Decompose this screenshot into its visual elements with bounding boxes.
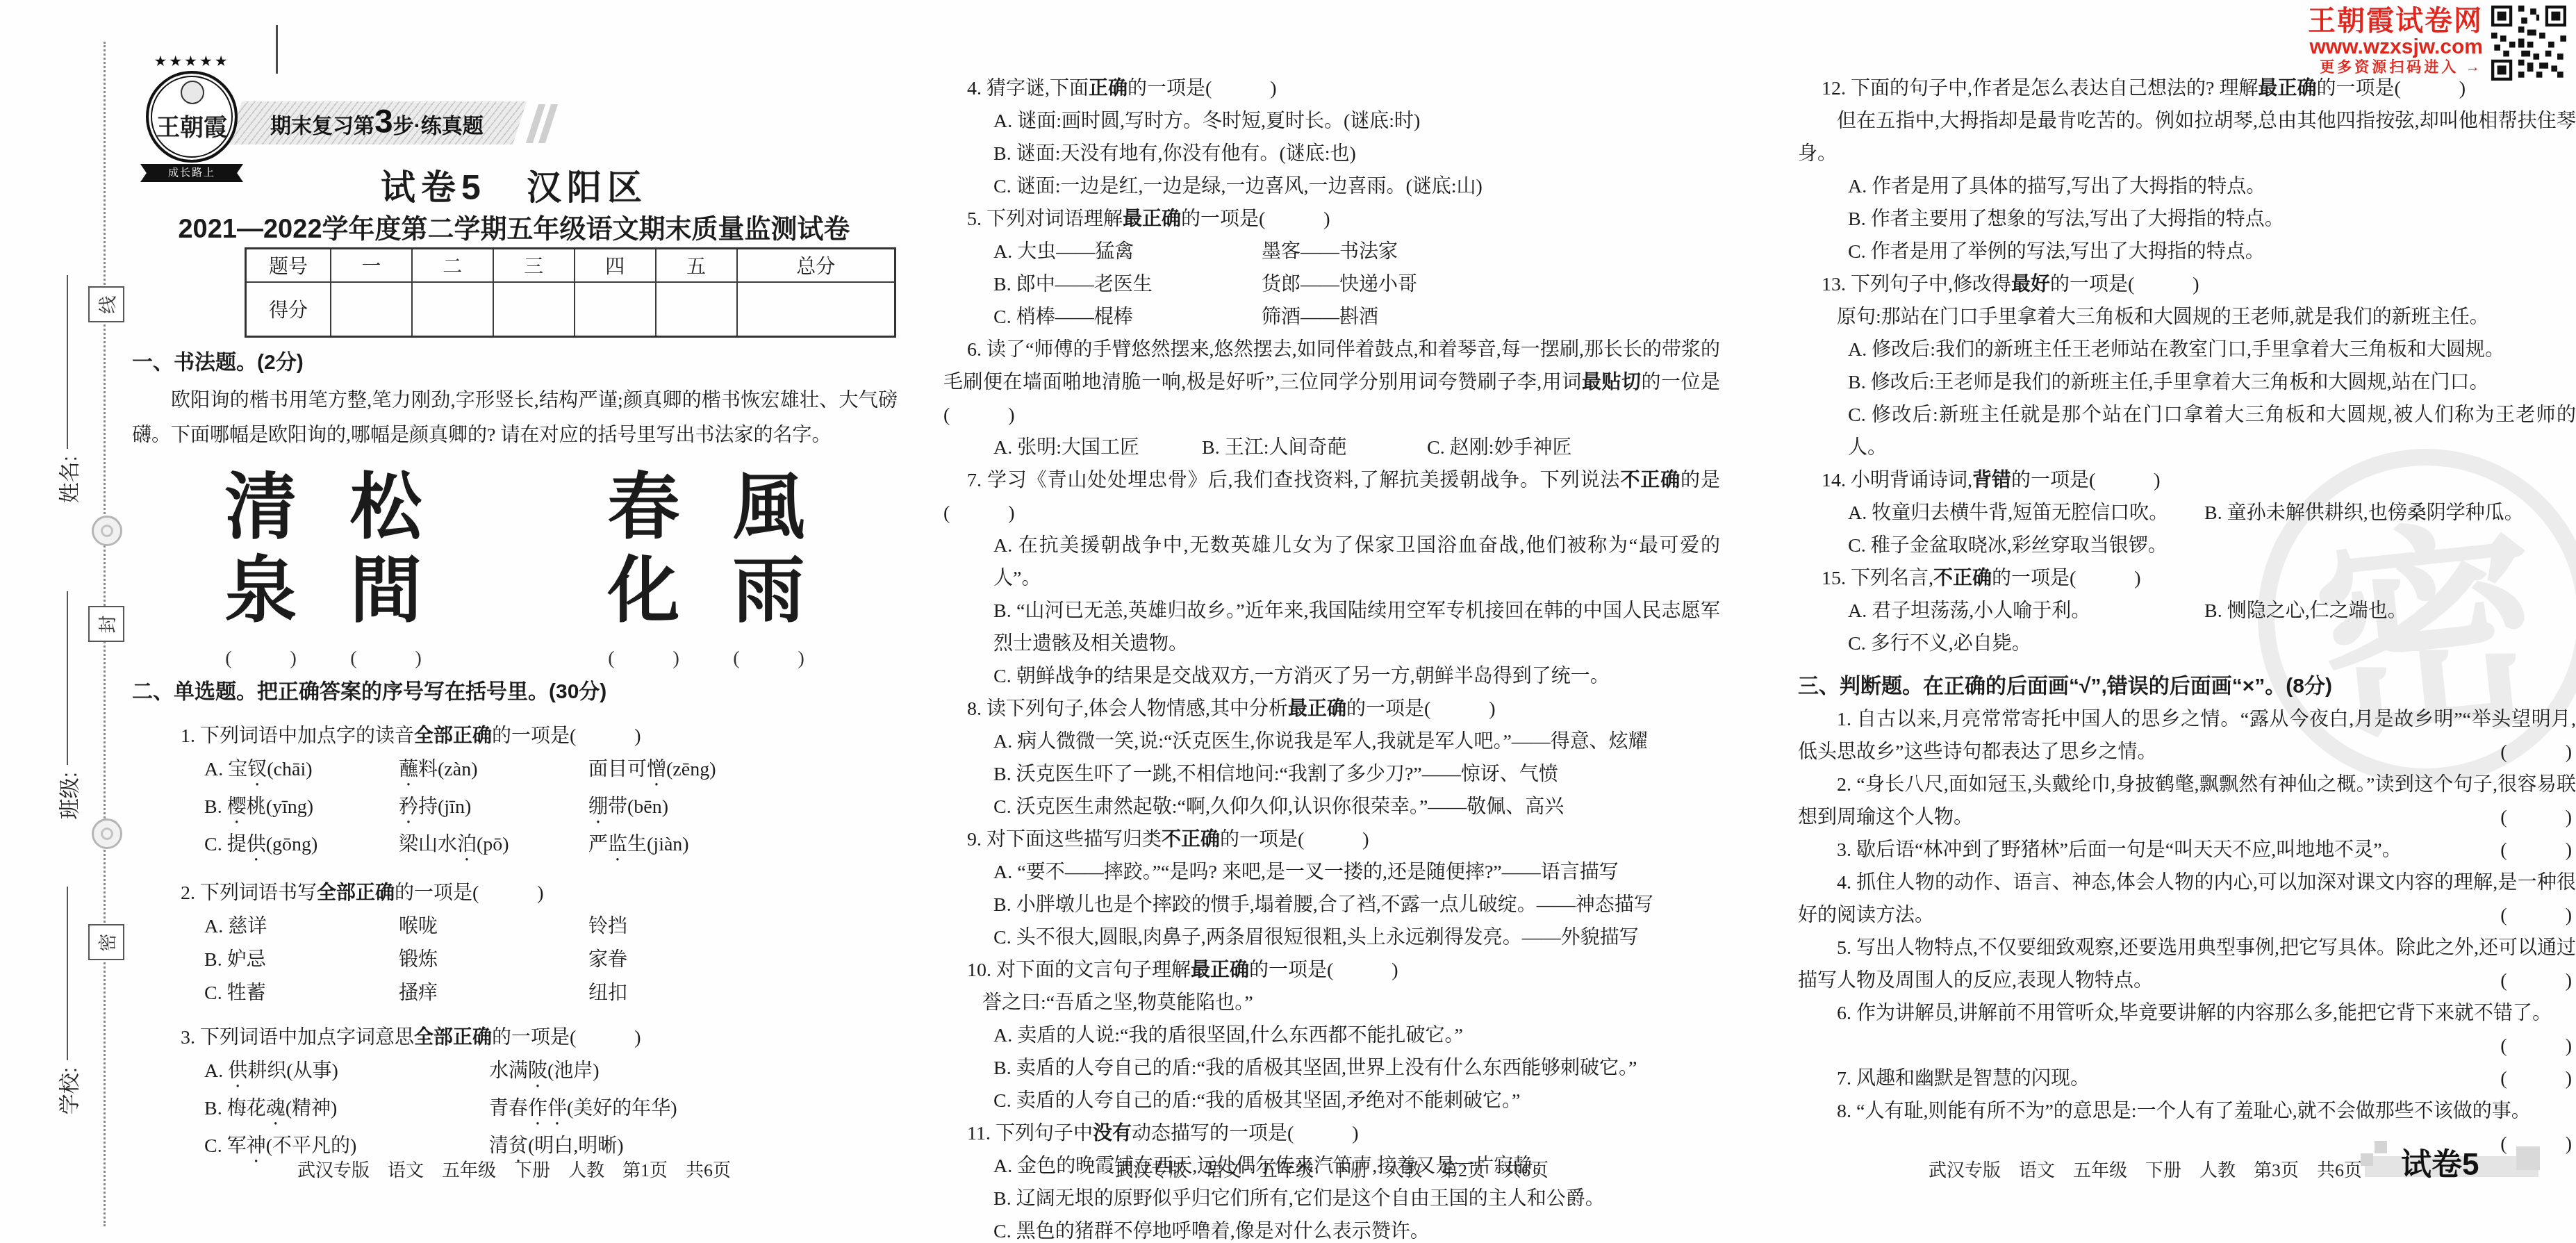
- question-9: 9. 对下面这些描写归类不正确的一项是( )A. “要不——摔跤。”“是吗? 来…: [943, 823, 1720, 954]
- option: 面目可憎(zēng): [588, 753, 898, 791]
- option: 墨客——书法家: [1262, 236, 1720, 268]
- answer-blank: ( ): [2500, 964, 2572, 997]
- school-field: 学校:: [51, 851, 84, 1150]
- badge-ribbon: 成长路上: [140, 164, 243, 182]
- score-cell-empty: [493, 282, 575, 337]
- page-subtitle: 2021—2022学年度第二学期五年级语文期末质量监测试卷: [111, 207, 917, 245]
- scan-hint: 更多资源扫码进入 →: [2308, 58, 2483, 76]
- publisher-site-block: 王朝霞试卷网 www.wzxsjw.com 更多资源扫码进入 →: [2308, 6, 2566, 81]
- question-10: 10. 对下面的文言句子理解最正确的一项是( )誉之曰:“吾盾之坚,物莫能陷也。…: [943, 954, 1720, 1117]
- publisher-badge-logo: ★★★★★ 王朝霞 成长路上: [146, 63, 238, 208]
- question-stem: 3. 下列词语中加点字词意思全部正确的一项是( ): [132, 1021, 898, 1055]
- page-footer-2: 武汉专版 语文 五年级 下册 人教 第2页 共6页: [943, 1156, 1720, 1182]
- option: B. 樱桃(yīng): [204, 791, 399, 828]
- option-row: C. 沃克医生肃然起敬:“啊,久仰久仰,认识你很荣幸。”——敬佩、高兴: [943, 791, 1720, 823]
- questions-12-15: 12. 下面的句子中,作者是怎么表达自己想法的? 理解最正确的一项是( )但在五…: [1798, 72, 2576, 660]
- exam-paper-page: 密 线 封 密 姓名: 班级: 学校: ★★★★★ 王朝霞 成长路上 期末复习第…: [0, 0, 2576, 1243]
- judgement-item-8: 8. “人有耻,则能有所不为”的意思是:一个人有了羞耻心,就不会做那些不该做的事…: [1798, 1095, 2576, 1128]
- option-row: C. 谜面:一边是红,一边是绿,一边喜风,一边喜雨。(谜底:山): [943, 170, 1720, 203]
- option-row: C. 作者是用了举例的写法,写出了大拇指的特点。: [1798, 236, 2576, 268]
- review-step-banner-text: 期末复习第3步·练真题: [234, 101, 519, 147]
- school-field-blank: [67, 887, 68, 1060]
- option-row: A. 君子坦荡荡,小人喻于利。B. 恻隐之心,仁之端也。: [1798, 595, 2576, 627]
- calligraphy-char: 泉: [224, 550, 297, 634]
- review-step-banner: 期末复习第3步·练真题: [228, 101, 527, 145]
- option: A. 慈详: [204, 910, 399, 944]
- option-row: C. 卖盾的人夸自己的盾:“我的盾极其坚固,矛绝对不能刺破它。”: [943, 1085, 1720, 1117]
- option-row: B. 修改后:王老师是我们的新班主任,手里拿着大三角板和大圆规,站在门口。: [1798, 366, 2576, 399]
- option: A. 谜面:画时圆,写时方。冬时短,夏时长。(谜底:时): [993, 110, 1420, 132]
- answer-blank: ( ): [2500, 1030, 2572, 1062]
- judgement-item-2: 2. “身长八尺,面如冠玉,头戴纶巾,身披鹤氅,飘飘然有神仙之概。”读到这个句子…: [1798, 768, 2576, 834]
- option: B. 作者主要用了想象的写法,写出了大拇指的特点。: [1848, 208, 2284, 230]
- option: B. 童孙未解供耕织,也傍桑阴学种瓜。: [2204, 497, 2576, 529]
- option-row: B. 沃克医生吓了一跳,不相信地问:“我割了多少刀?”——惊讶、气愤: [943, 758, 1720, 791]
- question-stem: 11. 下列句子中没有动态描写的一项是( ): [943, 1117, 1720, 1150]
- answer-blank: ( ): [2500, 801, 2572, 834]
- option: C. 头不很大,圆眼,肉鼻子,两条眉很短很粗,头上永远剃得发亮。——外貌描写: [993, 927, 1639, 948]
- option-row: A. 卖盾的人说:“我的盾很坚固,什么东西都不能扎破它。”: [943, 1019, 1720, 1052]
- seal-ornament-icon: [92, 818, 122, 849]
- option: B. 辽阔无垠的原野似乎归它们所有,它们是这个自由王国的主人和公爵。: [993, 1188, 1605, 1210]
- option: 严监生(jiàn): [588, 828, 898, 866]
- question-passage: 原句:那站在门口手里拿着大三角板和大圆规的王老师,就是我们的新班主任。: [1798, 301, 2576, 334]
- page-title: 试卷5 汉阳区: [132, 160, 896, 210]
- score-header-cell: 三: [493, 249, 575, 283]
- calligraphy-char: 春: [607, 467, 679, 550]
- question-12: 12. 下面的句子中,作者是怎么表达自己想法的? 理解最正确的一项是( )但在五…: [1798, 72, 2576, 268]
- option-row: B. 小胖墩儿也是个摔跤的惯手,塌着腰,合了裆,不露一点儿破绽。——神态描写: [943, 889, 1720, 921]
- option: 梁山水泊(pō): [399, 828, 588, 866]
- question-stem: 6. 读了“师傅的手臂悠然摆来,悠然摆去,如同伴着鼓点,和着琴音,每一摆刷,那长…: [943, 334, 1720, 431]
- option-row: C. 提供(gōng)梁山水泊(pō)严监生(jiàn): [132, 828, 898, 866]
- section-1-title: 一、书法题。(2分): [132, 346, 898, 379]
- option: B. 沃克医生吓了一跳,不相信地问:“我割了多少刀?”——惊讶、气愤: [993, 764, 1558, 785]
- name-field-label: 姓名:: [52, 456, 83, 503]
- publisher-site-text: 王朝霞试卷网 www.wzxsjw.com 更多资源扫码进入 →: [2308, 6, 2483, 76]
- name-field-blank: [67, 275, 68, 449]
- option-row: C. 梢棒——棍棒筛酒——斟酒: [943, 301, 1720, 334]
- option: B. 恻隐之心,仁之端也。: [2204, 595, 2576, 627]
- option: 绷带(bēn): [588, 791, 898, 828]
- question-passage: 誉之曰:“吾盾之坚,物莫能陷也。”: [943, 987, 1720, 1019]
- option: A. 大虫——猛禽: [993, 236, 1262, 268]
- option: A. 作者是用了具体的描写,写出了大拇指的特点。: [1848, 176, 2265, 197]
- option: A. 卖盾的人说:“我的盾很坚固,什么东西都不能扎破它。”: [993, 1025, 1463, 1046]
- page-footer-1: 武汉专版 语文 五年级 下册 人教 第1页 共6页: [132, 1156, 896, 1182]
- site-url: www.wzxsjw.com: [2308, 36, 2483, 58]
- option-row: B. 妒忌锻炼家眷: [132, 944, 898, 977]
- seal-char: 线: [93, 295, 119, 313]
- option: B. “山河已无恙,英雄归故乡。”近年来,我国陆续用空军专机接回在韩的中国人民志…: [993, 600, 1720, 655]
- score-header-cell: 五: [656, 249, 737, 283]
- question-7: 7. 学习《青山处处埋忠骨》后,我们查找资料,了解抗美援朝战争。下列说法不正确的…: [943, 464, 1720, 693]
- option: B. 王江:人间奇葩: [1202, 431, 1427, 464]
- answer-blank: ( ): [2500, 834, 2572, 866]
- option-row: C. 头不很大,圆眼,肉鼻子,两条眉很短很粗,头上永远剃得发亮。——外貌描写: [943, 921, 1720, 954]
- option-row: C. 黑色的猪群不停地呼噜着,像是对什么表示赞许。: [943, 1215, 1720, 1243]
- tab-square-decor: [2516, 1146, 2540, 1170]
- banner-suffix: 步·练真题: [393, 115, 484, 138]
- score-header-cell: 四: [575, 249, 656, 283]
- option: 蘸料(zàn): [399, 753, 588, 791]
- seal-ornament-icon: [92, 516, 122, 546]
- calligraphy-char: 風: [732, 467, 804, 550]
- question-stem: 13. 下列句子中,修改得最好的一项是( ): [1798, 268, 2576, 301]
- question-stem: 4. 猜字谜,下面正确的一项是( ): [943, 72, 1720, 105]
- badge-portrait-icon: [181, 81, 204, 104]
- score-cell-empty: [331, 282, 412, 337]
- question-13: 13. 下列句子中,修改得最好的一项是( )原句:那站在门口手里拿着大三角板和大…: [1798, 268, 2576, 464]
- score-cell-empty: [737, 282, 895, 337]
- qr-code-icon: [2491, 6, 2566, 81]
- score-cell-empty: [412, 282, 493, 337]
- calligraphy-chars: 清 松 泉 間: [199, 467, 449, 634]
- question-stem: 7. 学习《青山处处埋忠骨》后,我们查找资料,了解抗美援朝战争。下列说法不正确的…: [943, 464, 1720, 529]
- score-cell-empty: [656, 282, 737, 337]
- question-stem: 1. 下列词语中加点字的读音全部正确的一项是( ): [132, 720, 898, 753]
- option: C. 牲蓄: [204, 977, 399, 1010]
- option: 家眷: [588, 944, 898, 977]
- questions-4-11: 4. 猜字谜,下面正确的一项是( )A. 谜面:画时圆,写时方。冬时短,夏时长。…: [943, 72, 1720, 1243]
- seal-char-box: 封: [88, 606, 124, 642]
- section-3-title: 三、判断题。在正确的后面画“√”,错误的后面画“×”。(8分): [1798, 670, 2576, 703]
- option: C. 朝鲜战争的结果是交战双方,一方消灭了另一方,朝鲜半岛得到了统一。: [993, 666, 1610, 687]
- option-row: A. 宝钗(chāi)蘸料(zàn)面目可憎(zēng): [132, 753, 898, 791]
- question-14: 14. 小明背诵诗词,背错的一项是( )A. 牧童归去横牛背,短笛无腔信口吹。B…: [1798, 464, 2576, 562]
- option: 货郎——快递小哥: [1262, 268, 1720, 301]
- answer-blank: ( ): [2500, 736, 2572, 768]
- option-row: A. 修改后:我们的新班主任王老师站在教室门口,手里拿着大三角板和大圆规。: [1798, 334, 2576, 366]
- question-5: 5. 下列对词语理解最正确的一项是( )A. 大虫——猛禽墨客——书法家B. 郎…: [943, 203, 1720, 334]
- option: 喉咙: [399, 910, 588, 944]
- calligraphy-char: 雨: [732, 550, 804, 634]
- judgement-item-3: 3. 歇后语“林冲到了野猪林”后面一句是“叫天天不应,叫地地不灵”。( ): [1798, 834, 2576, 866]
- paper-number-label: 试卷5: [2401, 1139, 2479, 1184]
- answer-blank: ( ): [733, 642, 804, 675]
- answer-brackets: ( ) ( ): [199, 642, 449, 675]
- score-table-header-row: 题号 一 二 三 四 五 总分: [246, 249, 895, 283]
- tab-square-decor: [2375, 1141, 2387, 1153]
- question-stem: 9. 对下面这些描写归类不正确的一项是( ): [943, 823, 1720, 856]
- question-8: 8. 读下列句子,体会人物情感,其中分析最正确的一项是( )A. 病人微微一笑,…: [943, 693, 1720, 823]
- question-3: 3. 下列词语中加点字词意思全部正确的一项是( )A. 供耕织(从事)水满陂(池…: [132, 1021, 898, 1167]
- judgement-item-5: 5. 写出人物特点,不仅要细致观察,还要选用典型事例,把它写具体。除此之外,还可…: [1798, 932, 2576, 997]
- column-1: 一、书法题。(2分) 欧阳询的楷书用笔方整,笔力刚劲,字形竖长,结构严谨;颜真卿…: [132, 346, 898, 1167]
- option: C. 黑色的猪群不停地呼噜着,像是对什么表示赞许。: [993, 1221, 1430, 1242]
- calligraphy-char: 化: [607, 550, 679, 634]
- option-row: B. 辽阔无垠的原野似乎归它们所有,它们是这个自由王国的主人和公爵。: [943, 1183, 1720, 1215]
- seal-char: 密: [93, 933, 119, 951]
- option: A. 病人微微一笑,说:“沃克医生,你说我是军人,我就是军人吧。”——得意、炫耀: [993, 731, 1648, 752]
- calligraphy-group-1: 清 松 泉 間 ( ) ( ): [199, 467, 449, 675]
- option-row: C. 牲蓄搔痒纽扣: [132, 977, 898, 1010]
- question-stem: 15. 下列名言,不正确的一项是( ): [1798, 562, 2576, 595]
- option: C. 沃克医生肃然起敬:“啊,久仰久仰,认识你很荣幸。”——敬佩、高兴: [993, 796, 1564, 818]
- judgement-items: 1. 自古以来,月亮常常寄托中国人的思乡之情。“露从今夜白,月是故乡明”“举头望…: [1798, 703, 2576, 1128]
- school-field-label: 学校:: [52, 1067, 83, 1114]
- answer-blank: ( ): [608, 642, 679, 675]
- option-row: A. 供耕织(从事)水满陂(池岸): [132, 1055, 898, 1092]
- calligraphy-char: 清: [224, 467, 297, 550]
- question-6: 6. 读了“师傅的手臂悠然摆来,悠然摆去,如同伴着鼓点,和着琴音,每一摆刷,那长…: [943, 334, 1720, 464]
- score-header-cell: 一: [331, 249, 412, 283]
- class-field-label: 班级:: [52, 772, 83, 819]
- calligraphy-chars: 春 風 化 雨: [581, 467, 832, 634]
- option: B. 卖盾的人夸自己的盾:“我的盾极其坚固,世界上没有什么东西能够刺破它。”: [993, 1057, 1637, 1079]
- option-row: B. 梅花魂(精神)青春作伴(美好的年华): [132, 1092, 898, 1130]
- option-row: A. 慈详喉咙铃挡: [132, 910, 898, 944]
- option: C. 梢棒——棍棒: [993, 301, 1262, 334]
- option-row: A. 在抗美援朝战争中,无数英雄儿女为了保家卫国浴血奋战,他们被称为“最可爱的人…: [943, 529, 1720, 595]
- question-stem: 8. 读下列句子,体会人物情感,其中分析最正确的一项是( ): [943, 693, 1720, 725]
- option: B. 妒忌: [204, 944, 399, 977]
- score-row-label: 得分: [246, 282, 331, 337]
- score-header-cell: 二: [412, 249, 493, 283]
- question-2: 2. 下列词语书写全部正确的一项是( )A. 慈详喉咙铃挡B. 妒忌锻炼家眷C.…: [132, 877, 898, 1010]
- option-row: B. 作者主要用了想象的写法,写出了大拇指的特点。: [1798, 203, 2576, 236]
- option-row: B. 卖盾的人夸自己的盾:“我的盾极其坚固,世界上没有什么东西能够刺破它。”: [943, 1052, 1720, 1085]
- calligraphy-samples: 清 松 泉 間 ( ) ( ) 春 風 化 雨 (: [132, 467, 898, 675]
- option: C. 卖盾的人夸自己的盾:“我的盾极其坚固,矛绝对不能刺破它。”: [993, 1090, 1520, 1112]
- question-1: 1. 下列词语中加点字的读音全部正确的一项是( )A. 宝钗(chāi)蘸料(z…: [132, 720, 898, 866]
- option: C. 作者是用了举例的写法,写出了大拇指的特点。: [1848, 241, 2265, 263]
- option: B. 修改后:王老师是我们的新班主任,手里拿着大三角板和大圆规,站在门口。: [1848, 372, 2488, 393]
- class-field-blank: [67, 591, 68, 765]
- answer-blank: ( ): [2500, 1062, 2572, 1095]
- option-row: B. “山河已无恙,英雄归故乡。”近年来,我国陆续用空军专机接回在韩的中国人民志…: [943, 595, 1720, 660]
- option: 纽扣: [588, 977, 898, 1010]
- option: A. 在抗美援朝战争中,无数英雄儿女为了保家卫国浴血奋战,他们被称为“最可爱的人…: [993, 535, 1720, 589]
- column-3: 12. 下面的句子中,作者是怎么表达自己想法的? 理解最正确的一项是( )但在五…: [1798, 72, 2576, 1160]
- option: 锻炼: [399, 944, 588, 977]
- option: A. 牧童归去横牛背,短笛无腔信口吹。: [1848, 497, 2204, 529]
- option-row: B. 郎中——老医生货郎——快递小哥: [943, 268, 1720, 301]
- judgement-item-7: 7. 风趣和幽默是智慧的闪现。( ): [1798, 1062, 2576, 1095]
- option: A. 君子坦荡荡,小人喻于利。: [1848, 595, 2204, 627]
- option: C. 提供(gōng): [204, 828, 399, 866]
- option: A. 宝钗(chāi): [204, 753, 399, 791]
- answer-blank: ( ): [2500, 899, 2572, 932]
- option: B. 谜面:天没有地有,你没有他有。(谜底:也): [993, 143, 1356, 165]
- column-2: 4. 猜字谜,下面正确的一项是( )A. 谜面:画时圆,写时方。冬时短,夏时长。…: [943, 72, 1720, 1243]
- option-row: C. 朝鲜战争的结果是交战双方,一方消灭了另一方,朝鲜半岛得到了统一。: [943, 660, 1720, 693]
- question-stem: 2. 下列词语书写全部正确的一项是( ): [132, 877, 898, 910]
- option: C. 多行不义,必自毙。: [1848, 627, 2204, 660]
- tab-square-decor: [2361, 1153, 2373, 1166]
- calligraphy-group-2: 春 風 化 雨 ( ) ( ): [581, 467, 832, 675]
- option: A. 张明:大国工匠: [993, 431, 1202, 464]
- banner-step-number: 3: [374, 104, 393, 140]
- question-4: 4. 猜字谜,下面正确的一项是( )A. 谜面:画时圆,写时方。冬时短,夏时长。…: [943, 72, 1720, 203]
- badge-stars-icon: ★★★★★: [146, 53, 238, 70]
- option: 筛酒——斟酒: [1262, 301, 1720, 334]
- score-cell-empty: [575, 282, 656, 337]
- option: A. “要不——摔跤。”“是吗? 来吧,是一叉一搂的,还是随便摔?”——语言描写: [993, 862, 1619, 883]
- judgement-item-4: 4. 抓住人物的动作、语言、神态,体会人物的内心,可以加深对课文内容的理解,是一…: [1798, 866, 2576, 932]
- option: C. 稚子金盆取晓冰,彩丝穿取当银锣。: [1848, 529, 2204, 562]
- option-row: C. 多行不义,必自毙。: [1798, 627, 2576, 660]
- calligraphy-char: 間: [349, 550, 422, 634]
- question-15: 15. 下列名言,不正确的一项是( )A. 君子坦荡荡,小人喻于利。B. 恻隐之…: [1798, 562, 2576, 660]
- answer-brackets: ( ) ( ): [581, 642, 832, 675]
- option: C. 谜面:一边是红,一边是绿,一边喜风,一边喜雨。(谜底:山): [993, 176, 1483, 197]
- crop-mark: [276, 25, 278, 74]
- class-field: 班级:: [51, 556, 84, 855]
- calligraphy-char: 松: [349, 467, 422, 550]
- option: A. 修改后:我们的新班主任王老师站在教室门口,手里拿着大三角板和大圆规。: [1848, 339, 2504, 361]
- option-row: A. 病人微微一笑,说:“沃克医生,你说我是军人,我就是军人吧。”——得意、炫耀: [943, 725, 1720, 758]
- banner-prefix: 期末复习第: [270, 115, 374, 138]
- option: A. 供耕织(从事): [204, 1055, 489, 1092]
- paper-number-tab: 试卷5: [2361, 1138, 2543, 1180]
- option: C. 修改后:新班主任就是那个站在门口拿着大三角板和大圆规,被人们称为王老师的人…: [1848, 404, 2576, 459]
- seal-char: 封: [93, 615, 119, 633]
- score-header-cell: 总分: [737, 249, 895, 283]
- option-row: A. 作者是用了具体的描写,写出了大拇指的特点。: [1798, 170, 2576, 203]
- option-row: C. 修改后:新班主任就是那个站在门口拿着大三角板和大圆规,被人们称为王老师的人…: [1798, 399, 2576, 464]
- seal-char-box: 线: [88, 286, 124, 322]
- option: B. 小胖墩儿也是个摔跤的惯手,塌着腰,合了裆,不露一点儿破绽。——神态描写: [993, 894, 1653, 916]
- score-header-cell: 题号: [246, 249, 331, 283]
- score-table-row: 得分: [246, 282, 895, 337]
- option-row: A. “要不——摔跤。”“是吗? 来吧,是一叉一搂的,还是随便摔?”——语言描写: [943, 856, 1720, 889]
- option-row: C. 稚子金盆取晓冰,彩丝穿取当银锣。: [1798, 529, 2576, 562]
- seal-char-box: 密: [88, 924, 124, 960]
- question-stem: 10. 对下面的文言句子理解最正确的一项是( ): [943, 954, 1720, 987]
- option-row: A. 谜面:画时圆,写时方。冬时短,夏时长。(谜底:时): [943, 105, 1720, 138]
- option: 青春作伴(美好的年华): [489, 1092, 898, 1130]
- questions-1-3: 1. 下列词语中加点字的读音全部正确的一项是( )A. 宝钗(chāi)蘸料(z…: [132, 720, 898, 1167]
- option-row: B. 樱桃(yīng)矜持(jīn)绷带(bēn): [132, 791, 898, 828]
- option: 铃挡: [588, 910, 898, 944]
- score-table: 题号 一 二 三 四 五 总分 得分: [245, 247, 896, 338]
- option: C. 赵刚:妙手神匠: [1427, 431, 1720, 464]
- badge-brand-name: 王朝霞: [146, 108, 238, 142]
- section-2-title: 二、单选题。把正确答案的序号写在括号里。(30分): [132, 675, 898, 709]
- option-row: B. 谜面:天没有地有,你没有他有。(谜底:也): [943, 138, 1720, 170]
- option: B. 郎中——老医生: [993, 268, 1262, 301]
- option-row: A. 张明:大国工匠B. 王江:人间奇葩C. 赵刚:妙手神匠: [943, 431, 1720, 464]
- question-stem: 14. 小明背诵诗词,背错的一项是( ): [1798, 464, 2576, 497]
- option: 矜持(jīn): [399, 791, 588, 828]
- answer-blank: ( ): [225, 642, 297, 675]
- question-stem: 5. 下列对词语理解最正确的一项是( ): [943, 203, 1720, 236]
- question-passage: 但在五指中,大拇指却是最肯吃苦的。例如拉胡琴,总由其他四指按弦,却叫他相帮扶住琴…: [1798, 105, 2576, 170]
- option: B. 梅花魂(精神): [204, 1092, 489, 1130]
- option: 水满陂(池岸): [489, 1055, 898, 1092]
- option-row: A. 牧童归去横牛背,短笛无腔信口吹。B. 童孙未解供耕织,也傍桑阴学种瓜。: [1798, 497, 2576, 529]
- site-name: 王朝霞试卷网: [2308, 6, 2483, 36]
- section-1-intro: 欧阳询的楷书用笔方整,笔力刚劲,字形竖长,结构严谨;颜真卿的楷书恢宏雄壮、大气磅…: [132, 384, 898, 453]
- option-row: A. 大虫——猛禽墨客——书法家: [943, 236, 1720, 268]
- judgement-item-1: 1. 自古以来,月亮常常寄托中国人的思乡之情。“露从今夜白,月是故乡明”“举头望…: [1798, 703, 2576, 768]
- name-field: 姓名:: [51, 240, 84, 538]
- answer-blank: ( ): [350, 642, 422, 675]
- judgement-item-6: 6. 作为讲解员,讲解前不用管听众,毕竟要讲解的内容那么多,能把它背下来就不错了…: [1798, 997, 2576, 1030]
- option: 搔痒: [399, 977, 588, 1010]
